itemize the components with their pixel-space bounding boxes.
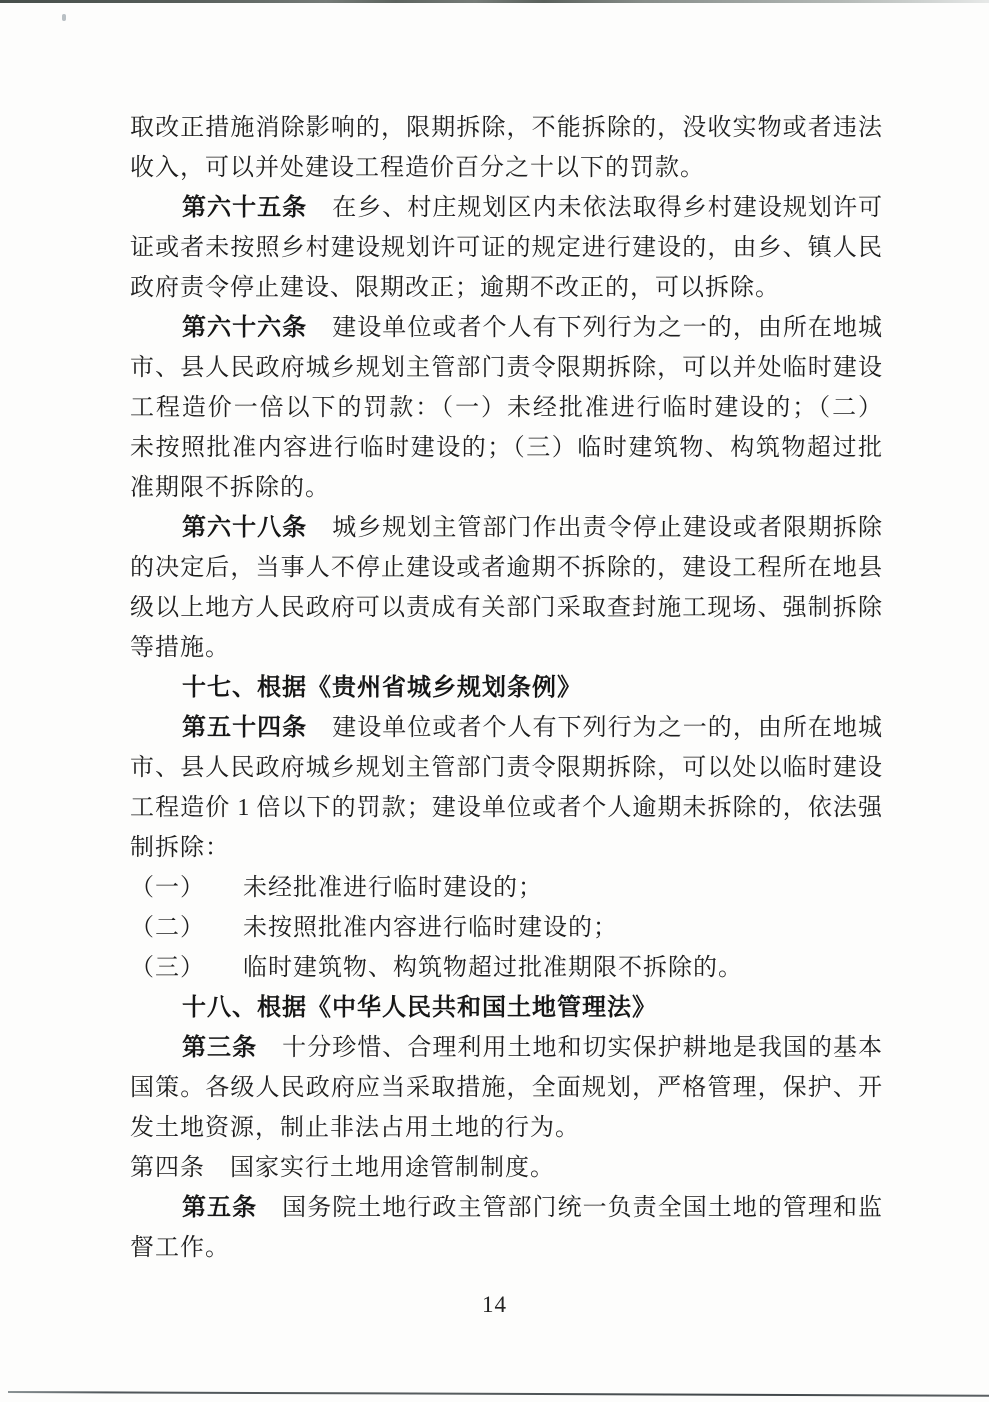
line-text: 的决定后，当事人不停止建设或者逾期不拆除的，建设工程所在地县 <box>130 555 882 581</box>
line-text: 制拆除： <box>130 835 230 861</box>
text-line: 的决定后，当事人不停止建设或者逾期不拆除的，建设工程所在地县 <box>130 548 882 588</box>
page-number: 14 <box>0 1292 989 1318</box>
text-line: 证或者未按照乡村建设规划许可证的规定进行建设的，由乡、镇人民 <box>130 228 882 268</box>
line-text: 级以上地方人民政府可以责成有关部门采取查封施工现场、强制拆除 <box>130 595 882 621</box>
text-line: 市、县人民政府城乡规划主管部门责令限期拆除，可以并处临时建设 <box>130 348 882 388</box>
text-line: 制拆除： <box>130 828 882 868</box>
line-text: 在乡、村庄规划区内未依法取得乡村建设规划许可 <box>307 195 882 221</box>
line-text: （三） 临时建筑物、构筑物超过批准期限不拆除的。 <box>130 955 743 981</box>
section-heading-text: 十七、根据《贵州省城乡规划条例》 <box>182 675 582 701</box>
line-text: 十分珍惜、合理利用土地和切实保护耕地是我国的基本 <box>257 1035 882 1061</box>
line-text: 未按照批准内容进行临时建设的；（三）临时建筑物、构筑物超过批 <box>130 435 882 461</box>
list-item: （三） 临时建筑物、构筑物超过批准期限不拆除的。 <box>130 948 882 988</box>
article-heading: 第五十四条 <box>182 715 307 741</box>
line-text: 发土地资源，制止非法占用土地的行为。 <box>130 1115 580 1141</box>
line-text: 工程造价 1 倍以下的罚款；建设单位或者个人逾期未拆除的，依法强 <box>130 795 882 821</box>
line-text: 证或者未按照乡村建设规划许可证的规定进行建设的，由乡、镇人民 <box>130 235 882 261</box>
line-text: 城乡规划主管部门作出责令停止建设或者限期拆除 <box>307 515 882 541</box>
text-line: 市、县人民政府城乡规划主管部门责令限期拆除，可以处以临时建设 <box>130 748 882 788</box>
text-line: 取改正措施消除影响的，限期拆除，不能拆除的，没收实物或者违法 <box>130 108 882 148</box>
line-text: 取改正措施消除影响的，限期拆除，不能拆除的，没收实物或者违法 <box>130 115 882 141</box>
line-text: 工程造价一倍以下的罚款：（一）未经批准进行临时建设的；（二） <box>130 395 882 421</box>
line-text: 国务院土地行政主管部门统一负责全国土地的管理和监 <box>257 1195 882 1221</box>
section-heading-text: 十八、根据《中华人民共和国土地管理法》 <box>182 995 657 1021</box>
line-text: 建设单位或者个人有下列行为之一的，由所在地城 <box>307 315 882 341</box>
section-heading: 十八、根据《中华人民共和国土地管理法》 <box>130 988 882 1028</box>
scan-artifact-top-edge <box>0 0 989 3</box>
line-text: 国策。各级人民政府应当采取措施，全面规划，严格管理，保护、开 <box>130 1075 882 1101</box>
line-text: 收入，可以并处建设工程造价百分之十以下的罚款。 <box>130 155 705 181</box>
section-heading: 十七、根据《贵州省城乡规划条例》 <box>130 668 882 708</box>
text-line: 工程造价一倍以下的罚款：（一）未经批准进行临时建设的；（二） <box>130 388 882 428</box>
text-line: 第六十五条 在乡、村庄规划区内未依法取得乡村建设规划许可 <box>130 188 882 228</box>
text-line: 第六十六条 建设单位或者个人有下列行为之一的，由所在地城 <box>130 308 882 348</box>
text-line: 第五条 国务院土地行政主管部门统一负责全国土地的管理和监 <box>130 1188 882 1228</box>
line-text: 第四条 国家实行土地用途管制制度。 <box>130 1155 555 1181</box>
line-text: 政府责令停止建设、限期改正；逾期不改正的，可以拆除。 <box>130 275 780 301</box>
text-line: 第五十四条 建设单位或者个人有下列行为之一的，由所在地城 <box>130 708 882 748</box>
article-heading: 第六十五条 <box>182 195 307 221</box>
line-text: 市、县人民政府城乡规划主管部门责令限期拆除，可以处以临时建设 <box>130 755 882 781</box>
document-body: 取改正措施消除影响的，限期拆除，不能拆除的，没收实物或者违法 收入，可以并处建设… <box>130 108 882 1268</box>
text-line: 督工作。 <box>130 1228 882 1268</box>
scan-speck <box>62 14 66 21</box>
line-text: 建设单位或者个人有下列行为之一的，由所在地城 <box>307 715 882 741</box>
line-text: 等措施。 <box>130 635 230 661</box>
list-item: （二） 未按照批准内容进行临时建设的； <box>130 908 882 948</box>
article-heading: 第三条 <box>182 1035 257 1061</box>
line-text: 准期限不拆除的。 <box>130 475 330 501</box>
document-page: 取改正措施消除影响的，限期拆除，不能拆除的，没收实物或者违法 收入，可以并处建设… <box>0 0 989 1402</box>
text-line: 准期限不拆除的。 <box>130 468 882 508</box>
text-line: 等措施。 <box>130 628 882 668</box>
line-text: （二） 未按照批准内容进行临时建设的； <box>130 915 618 941</box>
line-text: 市、县人民政府城乡规划主管部门责令限期拆除，可以并处临时建设 <box>130 355 882 381</box>
scan-artifact-bottom-edge <box>8 1391 989 1397</box>
text-line: 国策。各级人民政府应当采取措施，全面规划，严格管理，保护、开 <box>130 1068 882 1108</box>
article-heading: 第五条 <box>182 1195 257 1221</box>
text-line: 收入，可以并处建设工程造价百分之十以下的罚款。 <box>130 148 882 188</box>
text-line: 第四条 国家实行土地用途管制制度。 <box>130 1148 882 1188</box>
line-text: （一） 未经批准进行临时建设的； <box>130 875 543 901</box>
article-heading: 第六十六条 <box>182 315 307 341</box>
text-line: 未按照批准内容进行临时建设的；（三）临时建筑物、构筑物超过批 <box>130 428 882 468</box>
text-line: 发土地资源，制止非法占用土地的行为。 <box>130 1108 882 1148</box>
text-line: 工程造价 1 倍以下的罚款；建设单位或者个人逾期未拆除的，依法强 <box>130 788 882 828</box>
text-line: 第六十八条 城乡规划主管部门作出责令停止建设或者限期拆除 <box>130 508 882 548</box>
text-line: 第三条 十分珍惜、合理利用土地和切实保护耕地是我国的基本 <box>130 1028 882 1068</box>
text-line: 政府责令停止建设、限期改正；逾期不改正的，可以拆除。 <box>130 268 882 308</box>
line-text: 督工作。 <box>130 1235 230 1261</box>
article-heading: 第六十八条 <box>182 515 307 541</box>
text-line: 级以上地方人民政府可以责成有关部门采取查封施工现场、强制拆除 <box>130 588 882 628</box>
list-item: （一） 未经批准进行临时建设的； <box>130 868 882 908</box>
